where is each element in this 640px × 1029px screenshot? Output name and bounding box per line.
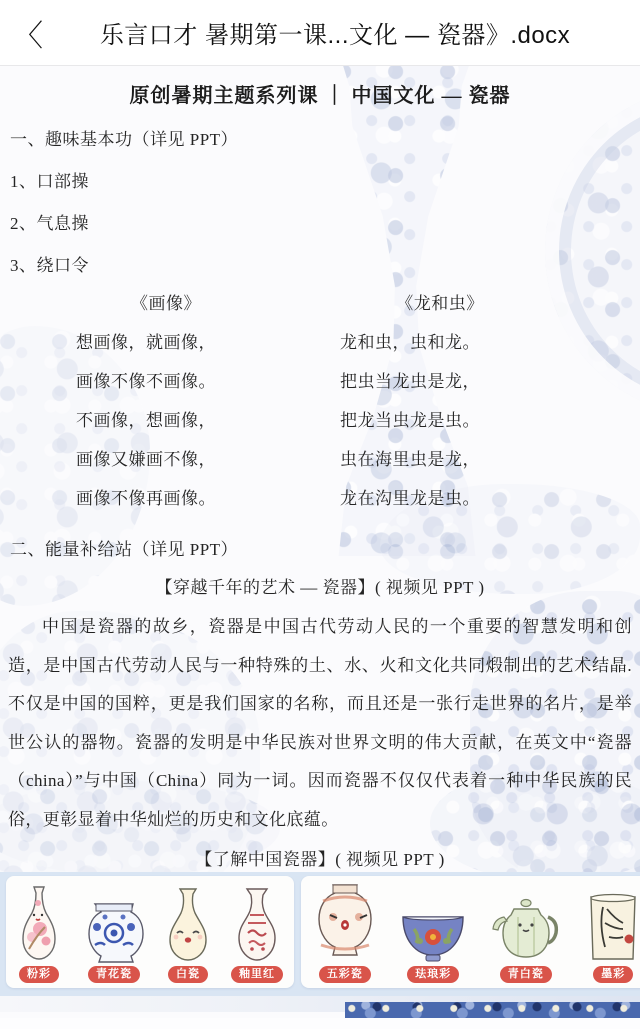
poem-line: 画像不像再画像。 — [76, 479, 256, 518]
poem-huaxiang: 《画像》 想画像，就画像， 画像不像不画像。 不画像，想画像， 画像又嫌画不像，… — [76, 284, 256, 518]
back-chevron-icon[interactable]: 〈 — [0, 0, 56, 66]
bottom-blue-pattern-strip — [0, 1002, 640, 1018]
list-item-tongue-twister: 3、绕口令 — [0, 254, 640, 278]
porcelain-item: 白瓷 — [167, 887, 209, 988]
doc-title: 原创暑期主题系列课 ｜ 中国文化 — 瓷器 — [0, 66, 640, 108]
bottom-white-strip — [0, 1018, 640, 1029]
white-porcelain-vase-icon — [167, 887, 209, 963]
poem-line: 不画像，想画像， — [76, 401, 256, 440]
porcelain-item: 五彩瓷 — [313, 883, 377, 988]
poem-line: 虫在海里虫是龙， — [340, 440, 540, 479]
enamel-bowl-icon — [400, 911, 466, 963]
section-1-heading: 一、趣味基本功（详见 PPT） — [0, 128, 640, 152]
porcelain-type-label: 粉彩 — [19, 966, 59, 983]
poem-title: 《画像》 — [76, 284, 256, 323]
poem-line: 龙在沟里龙是虫。 — [340, 479, 540, 518]
famille-rose-vase-icon — [17, 885, 61, 963]
porcelain-type-label: 五彩瓷 — [319, 966, 371, 983]
section-2-heading: 二、能量补给站（详见 PPT） — [0, 538, 640, 562]
porcelain-type-label: 釉里红 — [231, 966, 283, 983]
celadon-teapot-icon — [490, 897, 562, 963]
blue-white-jar-icon — [83, 901, 145, 963]
poem-longhechong: 《龙和虫》 龙和虫，虫和龙。 把虫当龙虫是龙， 把龙当虫龙是虫。 虫在海里虫是龙… — [340, 284, 540, 518]
porcelain-type-label: 青白瓷 — [500, 966, 552, 983]
sub-heading-art-across-millennia: 【穿越千年的艺术 — 瓷器】( 视频见 PPT ) — [0, 576, 640, 600]
poem-line: 把虫当龙虫是龙， — [340, 362, 540, 401]
porcelain-panel-right: 五彩瓷 珐琅彩 — [301, 876, 640, 988]
poem-line: 画像不像不画像。 — [76, 362, 256, 401]
porcelain-type-label: 青花瓷 — [88, 966, 140, 983]
wucai-jar-icon — [313, 883, 377, 963]
app-header: 〈 乐言口才 暑期第一课...文化 — 瓷器》.docx — [0, 0, 640, 66]
porcelain-type-label: 珐琅彩 — [407, 966, 459, 983]
porcelain-intro-paragraph: 中国是瓷器的故乡，瓷器是中国古代劳动人民的一个重要的智慧发明和创造，是中国古代劳… — [8, 608, 632, 839]
ink-brush-pot-icon — [585, 893, 640, 963]
porcelain-type-label: 白瓷 — [168, 966, 208, 983]
porcelain-item: 粉彩 — [17, 885, 61, 988]
document-view[interactable]: 原创暑期主题系列课 ｜ 中国文化 — 瓷器 一、趣味基本功（详见 PPT） 1、… — [0, 66, 640, 1029]
poem-title: 《龙和虫》 — [340, 284, 540, 323]
poem-line: 龙和虫，虫和龙。 — [340, 323, 540, 362]
porcelain-item: 墨彩 — [585, 893, 640, 988]
porcelain-item: 釉里红 — [231, 887, 283, 988]
porcelain-type-label: 墨彩 — [593, 966, 633, 983]
list-item-mouth-exercise: 1、口部操 — [0, 170, 640, 194]
underglaze-red-vase-icon — [236, 887, 278, 963]
porcelain-panel-left: 粉彩 青花瓷 白瓷 — [6, 876, 294, 988]
poems-columns: 《画像》 想画像，就画像， 画像不像不画像。 不画像，想画像， 画像又嫌画不像，… — [0, 284, 640, 518]
list-item-breath-exercise: 2、气息操 — [0, 212, 640, 236]
porcelain-item: 青白瓷 — [490, 897, 562, 988]
poem-line: 画像又嫌画不像， — [76, 440, 256, 479]
blue-floral-pattern — [345, 1002, 640, 1018]
poem-line: 把龙当虫龙是虫。 — [340, 401, 540, 440]
sub-heading-know-china-porcelain: 【了解中国瓷器】( 视频见 PPT ) — [0, 847, 640, 873]
document-filename: 乐言口才 暑期第一课...文化 — 瓷器》.docx — [56, 15, 640, 50]
porcelain-item: 青花瓷 — [83, 901, 145, 988]
poem-line: 想画像，就画像， — [76, 323, 256, 362]
porcelain-item: 珐琅彩 — [400, 911, 466, 988]
porcelain-types-image: 粉彩 青花瓷 白瓷 — [0, 872, 640, 996]
